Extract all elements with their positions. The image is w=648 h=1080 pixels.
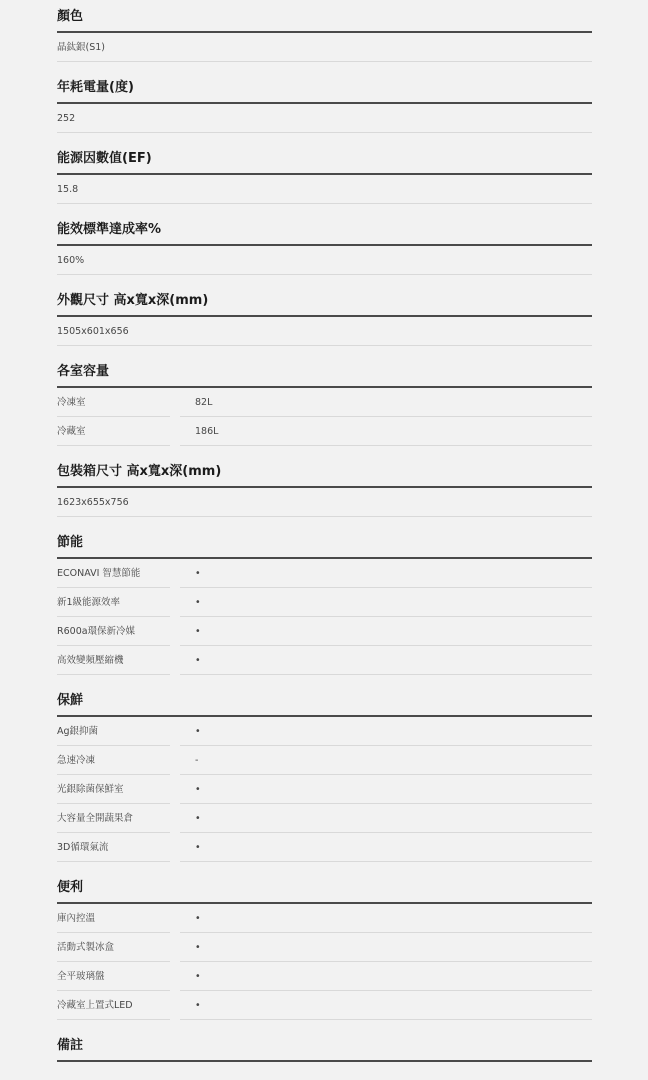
spec-value: 晶鈦銀(S1) xyxy=(57,33,592,62)
section-title: 包裝箱尺寸 高x寬x深(mm) xyxy=(57,465,592,488)
feature-bullet-mark: • xyxy=(180,804,592,833)
spec-row: 大容量全開蔬果倉• xyxy=(57,804,592,833)
spec-row-label: 光銀除菌保鮮室 xyxy=(57,775,170,804)
spec-value: 15.8 xyxy=(57,175,592,204)
spec-row-label: 高效變頻壓縮機 xyxy=(57,646,170,675)
spec-value: 160% xyxy=(57,246,592,275)
feature-bullet-mark: • xyxy=(180,775,592,804)
spec-row: 3D循環氣流• xyxy=(57,833,592,862)
feature-bullet-mark: • xyxy=(180,588,592,617)
section-title: 備註 xyxy=(57,1039,592,1062)
spec-value: 252 xyxy=(57,104,592,133)
spec-section: 外觀尺寸 高x寬x深(mm)1505x601x656 xyxy=(57,294,592,346)
spec-section: 能源因數值(EF)15.8 xyxy=(57,152,592,204)
spec-section: 顏色晶鈦銀(S1) xyxy=(57,10,592,62)
spec-row-value: - xyxy=(180,746,592,775)
spec-row: R600a環保新冷媒• xyxy=(57,617,592,646)
spec-row-label: R600a環保新冷媒 xyxy=(57,617,170,646)
spec-row-label: 急速冷凍 xyxy=(57,746,170,775)
section-title: 各室容量 xyxy=(57,365,592,388)
spec-section: 各室容量冷凍室82L冷藏室186L xyxy=(57,365,592,446)
spec-row: 冷凍室82L xyxy=(57,388,592,417)
feature-bullet-mark: • xyxy=(180,962,592,991)
feature-bullet-mark: • xyxy=(180,646,592,675)
section-title: 外觀尺寸 高x寬x深(mm) xyxy=(57,294,592,317)
spec-row: 光銀除菌保鮮室• xyxy=(57,775,592,804)
spec-row: 高效變頻壓縮機• xyxy=(57,646,592,675)
spec-row-label: 活動式製冰盒 xyxy=(57,933,170,962)
spec-section: 年耗電量(度)252 xyxy=(57,81,592,133)
spec-row: 15.8 xyxy=(57,175,592,204)
spec-row-label: 全平玻璃盤 xyxy=(57,962,170,991)
feature-bullet-mark: • xyxy=(180,617,592,646)
spec-row-label: 冷藏室上置式LED xyxy=(57,991,170,1020)
spec-section: 便利庫內控溫•活動式製冰盒•全平玻璃盤•冷藏室上置式LED• xyxy=(57,881,592,1020)
section-title: 保鮮 xyxy=(57,694,592,717)
spec-row: 冷藏室上置式LED• xyxy=(57,991,592,1020)
spec-row: 庫內控溫• xyxy=(57,904,592,933)
section-title: 年耗電量(度) xyxy=(57,81,592,104)
section-title: 顏色 xyxy=(57,10,592,33)
spec-section: 備註 xyxy=(57,1039,592,1062)
spec-row: 全平玻璃盤• xyxy=(57,962,592,991)
section-title: 便利 xyxy=(57,881,592,904)
spec-row-label: 3D循環氣流 xyxy=(57,833,170,862)
feature-bullet-mark: • xyxy=(180,991,592,1020)
section-title: 能源因數值(EF) xyxy=(57,152,592,175)
spec-row-label: 庫內控溫 xyxy=(57,904,170,933)
spec-row: 新1級能源效率• xyxy=(57,588,592,617)
spec-row: 160% xyxy=(57,246,592,275)
spec-row: 252 xyxy=(57,104,592,133)
spec-section: 節能ECONAVI 智慧節能•新1級能源效率•R600a環保新冷媒•高效變頻壓縮… xyxy=(57,536,592,675)
spec-value: 1505x601x656 xyxy=(57,317,592,346)
spec-row-label: 新1級能源效率 xyxy=(57,588,170,617)
spec-row-value: 186L xyxy=(180,417,592,446)
feature-bullet-mark: • xyxy=(180,933,592,962)
spec-row-value: 82L xyxy=(180,388,592,417)
feature-bullet-mark: • xyxy=(180,559,592,588)
spec-row-label: ECONAVI 智慧節能 xyxy=(57,559,170,588)
feature-bullet-mark: • xyxy=(180,717,592,746)
spec-row: 冷藏室186L xyxy=(57,417,592,446)
spec-section: 包裝箱尺寸 高x寬x深(mm)1623x655x756 xyxy=(57,465,592,517)
spec-row: 1623x655x756 xyxy=(57,488,592,517)
spec-row: ECONAVI 智慧節能• xyxy=(57,559,592,588)
feature-bullet-mark: • xyxy=(180,833,592,862)
page: { "theme": { "background": "#f2f2f2", "t… xyxy=(0,0,648,1080)
section-title: 能效標準達成率% xyxy=(57,223,592,246)
section-title: 節能 xyxy=(57,536,592,559)
spec-section: 能效標準達成率%160% xyxy=(57,223,592,275)
spec-list: 顏色晶鈦銀(S1)年耗電量(度)252能源因數值(EF)15.8能效標準達成率%… xyxy=(0,0,648,1062)
spec-row-label: 大容量全開蔬果倉 xyxy=(57,804,170,833)
spec-row: 活動式製冰盒• xyxy=(57,933,592,962)
spec-row-label: 冷藏室 xyxy=(57,417,170,446)
spec-row: 晶鈦銀(S1) xyxy=(57,33,592,62)
spec-section: 保鮮Ag銀抑菌•急速冷凍-光銀除菌保鮮室•大容量全開蔬果倉•3D循環氣流• xyxy=(57,694,592,862)
feature-bullet-mark: • xyxy=(180,904,592,933)
spec-row: 急速冷凍- xyxy=(57,746,592,775)
spec-row: 1505x601x656 xyxy=(57,317,592,346)
spec-row-label: 冷凍室 xyxy=(57,388,170,417)
spec-row-label: Ag銀抑菌 xyxy=(57,717,170,746)
spec-value: 1623x655x756 xyxy=(57,488,592,517)
spec-row: Ag銀抑菌• xyxy=(57,717,592,746)
